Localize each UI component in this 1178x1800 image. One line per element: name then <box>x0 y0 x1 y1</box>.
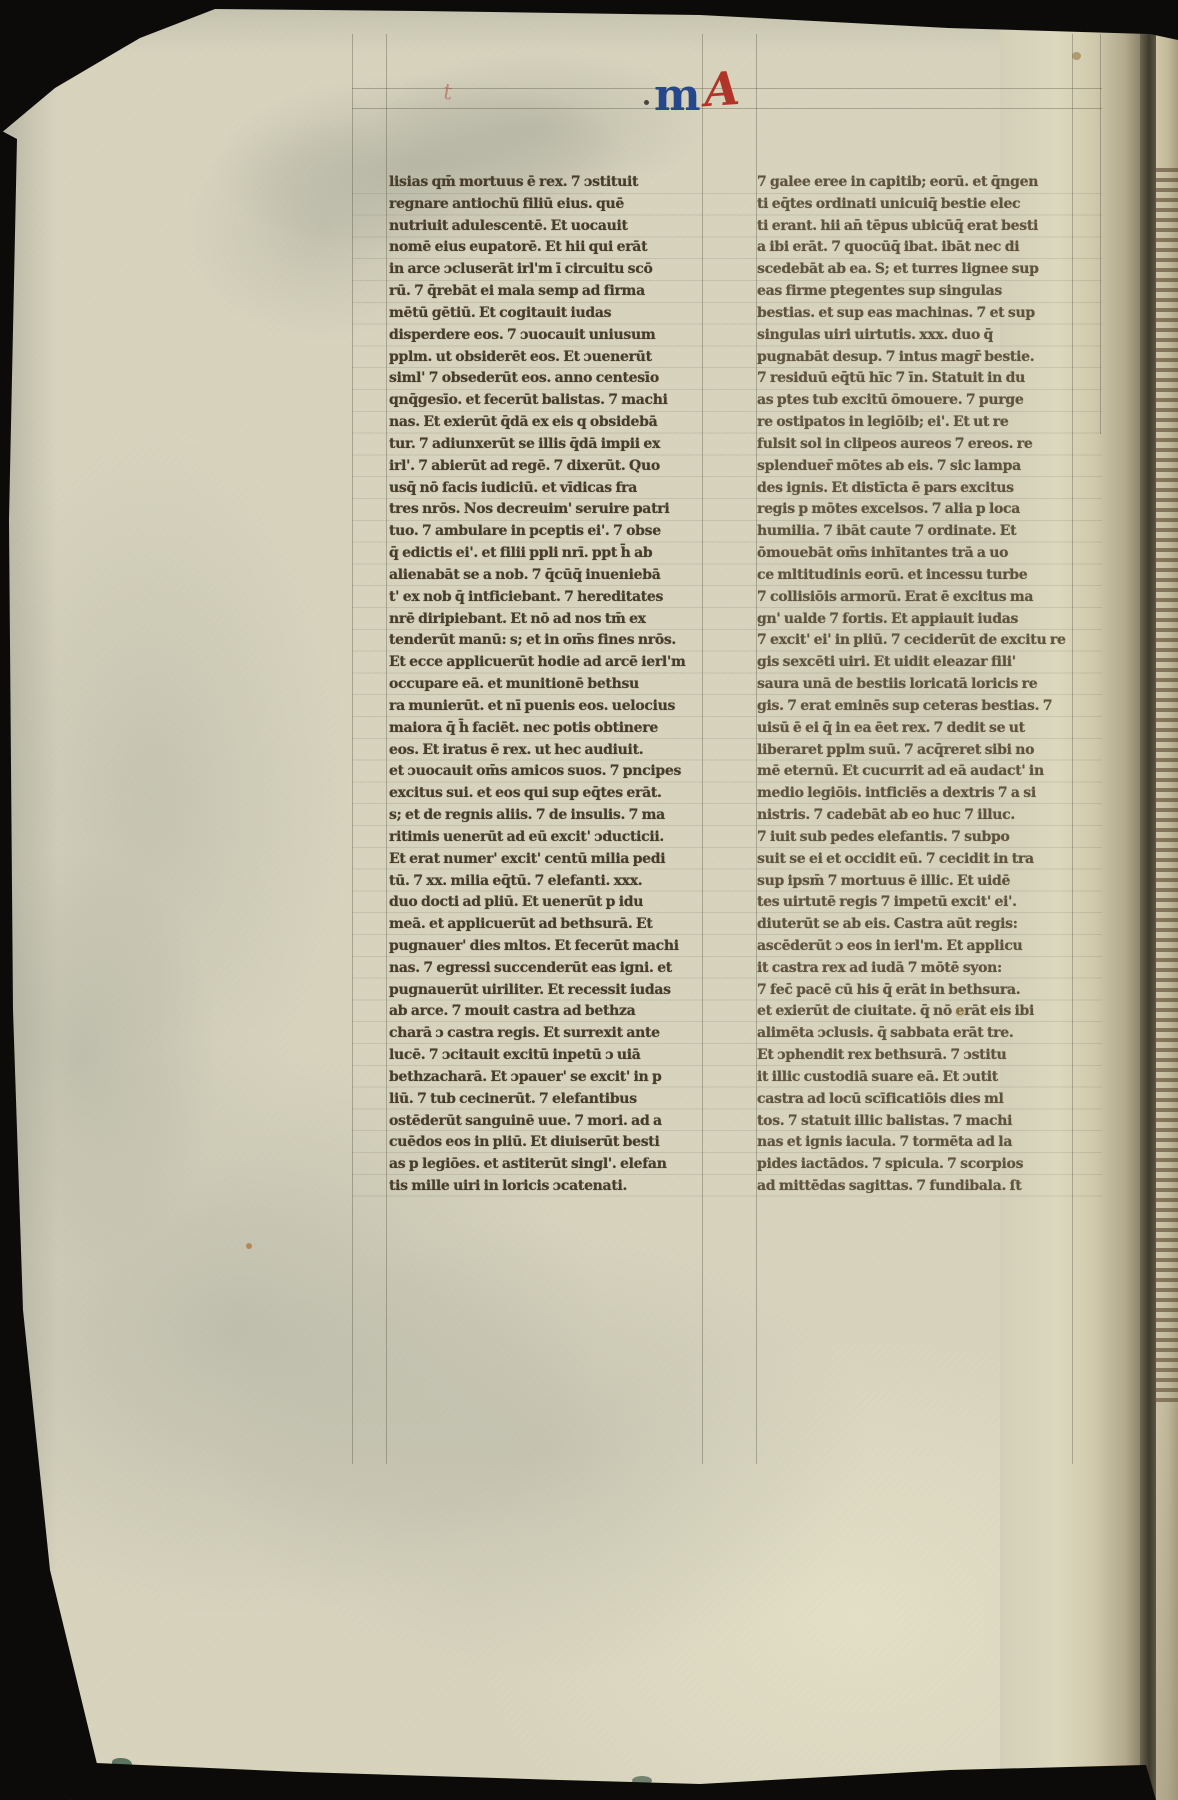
text-line: ascēderūt ɔ eos in ierl'm. Et applicu <box>757 936 1073 958</box>
text-line: saura unā de bestiis loricatā loricis re <box>757 674 1073 696</box>
text-line: maiora q̄ h̄ faciēt. nec potis obtinere <box>389 718 705 740</box>
brown-stain-spot <box>1072 52 1081 60</box>
text-line: tes uirtutē regis 7 impetū excit' ei'. <box>757 892 1073 914</box>
text-line: nas. Et exierūt q̄dā ex eis q obsidebā <box>389 412 705 434</box>
text-line: pugnauerūt uiriliter. Et recessit iudas <box>389 980 705 1002</box>
text-line: ce mltitudinis eorū. et incessu turbe <box>757 565 1073 587</box>
text-line: pplm. ut obsiderēt eos. Et ɔuenerūt <box>389 347 705 369</box>
text-line: lisias qm̄ mortuus ē rex. 7 ɔstituit <box>389 172 705 194</box>
facing-page-text-lines <box>1156 168 1178 1408</box>
facing-page-edge <box>1156 0 1178 1800</box>
text-line: alienabāt se a nob. 7 q̄cūq̄ inueniebā <box>389 565 705 587</box>
text-line: nomē eius eupatorē. Et hii qui erāt <box>389 237 705 259</box>
text-line: q̄ edictis ei'. et filii ppli nrī. ppt h… <box>389 543 705 565</box>
text-line: usq̄ nō facis iudiciū. et vīdicas fra <box>389 478 705 500</box>
text-line: et exierūt de ciuitate. q̄ nō erāt eis i… <box>757 1001 1073 1023</box>
text-line: 7 galee eree in capitib; eorū. et q̄ngen <box>757 172 1073 194</box>
text-line: cuēdos eos in pliū. Et diuiserūt besti <box>389 1132 705 1154</box>
text-line: gis. 7 erat eminēs sup ceteras bestias. … <box>757 696 1073 718</box>
text-line: gn' ualde 7 fortis. Et appiauit iudas <box>757 609 1073 631</box>
text-line: scedebāt ab ea. S; et turres lignee sup <box>757 259 1073 281</box>
text-line: ritimis uenerūt ad eū excit' ɔducticii. <box>389 827 705 849</box>
text-line: liberaret pplm suū. 7 acq̄reret sibi no <box>757 740 1073 762</box>
text-line: diuterūt se ab eis. Castra aūt regis: <box>757 914 1073 936</box>
text-line: 7 iuit sub pedes elefantis. 7 subpo <box>757 827 1073 849</box>
text-line: in arce ɔcluserāt irl'm ī circuitu scō <box>389 259 705 281</box>
text-line: regis p mōtes excelsos. 7 alia p loca <box>757 499 1073 521</box>
text-line: tenderūt manū: s; et in om̄s fines nrōs. <box>389 630 705 652</box>
text-line: nas. 7 egressi succenderūt eas igni. et <box>389 958 705 980</box>
text-line: as ptes tub excitū ōmouere. 7 purge <box>757 390 1073 412</box>
text-line: regnare antiochū filiū eius. quē <box>389 194 705 216</box>
text-line: qnq̄gesīo. et fecerūt balistas. 7 machi <box>389 390 705 412</box>
text-line: et ɔuocauit om̄s amicos suos. 7 pncipes <box>389 761 705 783</box>
text-line: duo docti ad pliū. Et uenerūt p idu <box>389 892 705 914</box>
text-line: t' ex nob q̄ intficiebant. 7 hereditates <box>389 587 705 609</box>
manuscript-photo: { "manuscript": { "folio_number": "97", … <box>0 0 1178 1800</box>
text-line: humilia. 7 ibāt caute 7 ordinate. Et <box>757 521 1073 543</box>
text-line: Et ecce applicuerūt hodie ad arcē ierl'm <box>389 652 705 674</box>
text-line: pides iactādos. 7 spicula. 7 scorpios <box>757 1154 1073 1176</box>
text-line: occupare eā. et munitionē bethsu <box>389 674 705 696</box>
text-line: pugnabāt desup. 7 intus magr̄ bestie. <box>757 347 1073 369</box>
text-line: eas firme ptegentes sup singulas <box>757 281 1073 303</box>
text-line: nas et ignis iacula. 7 tormēta ad la <box>757 1132 1073 1154</box>
text-line: tres nrōs. Nos decreuim' seruire patri <box>389 499 705 521</box>
text-line: ra munierūt. et nī puenis eos. uelocius <box>389 696 705 718</box>
text-line: suit se ei et occidit eū. 7 cecidit in t… <box>757 849 1073 871</box>
text-line: tis mille uiri in loricis ɔcatenati. <box>389 1176 705 1198</box>
text-line: rū. 7 q̄rebāt ei mala semp ad firma <box>389 281 705 303</box>
text-line: irl'. 7 abierūt ad regē. 7 dixerūt. Quo <box>389 456 705 478</box>
text-line: mētū gētiū. Et cogitauit iudas <box>389 303 705 325</box>
text-line: tur. 7 adiunxerūt se illis q̄dā impii ex <box>389 434 705 456</box>
text-line: ostēderūt sanguinē uue. 7 mori. ad a <box>389 1111 705 1133</box>
text-line: fulsit sol in clipeos aureos 7 ereos. re <box>757 434 1073 456</box>
text-line: ti eq̄tes ordinati unicuiq̄ bestie elec <box>757 194 1073 216</box>
text-line: splenduer̄ mōtes ab eis. 7 sic lampa <box>757 456 1073 478</box>
text-line: ab arce. 7 mouit castra ad bethza <box>389 1001 705 1023</box>
text-line: 7 excit' ei' in pliū. 7 ceciderūt de exc… <box>757 630 1073 652</box>
text-line: mē eternū. Et cucurrit ad eā audact' in <box>757 761 1073 783</box>
text-line: sup ipsm̄ 7 mortuus ē illic. Et uidē <box>757 871 1073 893</box>
text-line: singulas uiri uirtutis. xxx. duo q̄ <box>757 325 1073 347</box>
running-header-letter-a: A <box>702 65 741 113</box>
text-line: 7 fec̄ pacē cū his q̄ erāt in bethsura. <box>757 980 1073 1002</box>
yellow-stain-spot <box>955 1008 965 1017</box>
text-line: castra ad locū scīficatiōis dies ml <box>757 1089 1073 1111</box>
text-line: 7 collisiōis armorū. Erat ē excitus ma <box>757 587 1073 609</box>
text-line: uisū ē ei q̄ in ea ēet rex. 7 dedit se u… <box>757 718 1073 740</box>
text-line: bethzacharā. Et ɔpauer' se excit' in p <box>389 1067 705 1089</box>
text-line: it castra rex ad iudā 7 mōtē syon: <box>757 958 1073 980</box>
text-line: a ibi erāt. 7 quocūq̄ ibat. ibāt nec di <box>757 237 1073 259</box>
text-line: tū. 7 xx. milia eq̄tū. 7 elefanti. xxx. <box>389 871 705 893</box>
text-line: as p legiōes. et astiterūt singl'. elefa… <box>389 1154 705 1176</box>
text-line: Et erat numer' excit' centū milia pedi <box>389 849 705 871</box>
text-column-right: 7 galee eree in capitib; eorū. et q̄ngen… <box>757 172 1073 1198</box>
text-line: des ignis. Et distīcta ē pars excitus <box>757 478 1073 500</box>
text-line: ti erant. hii an̄ tēpus ubicūq̄ erat bes… <box>757 216 1073 238</box>
text-line: disperdere eos. 7 ɔuocauit uniusum <box>389 325 705 347</box>
text-line: alimēta ɔclusis. q̄ sabbata erāt tre. <box>757 1023 1073 1045</box>
text-line: lucē. 7 ɔcitauit excitū inpetū ɔ uiā <box>389 1045 705 1067</box>
text-line: gis sexcēti uiri. Et uidit eleazar fili' <box>757 652 1073 674</box>
text-line: ad mittēdas sagittas. 7 fundibala. ſt <box>757 1176 1073 1198</box>
text-line: liū. 7 tub cecinerūt. 7 elefantibus <box>389 1089 705 1111</box>
text-line: pugnauer' dies mltos. Et fecerūt machi <box>389 936 705 958</box>
text-line: tos. 7 statuit illic balistas. 7 machi <box>757 1111 1073 1133</box>
text-line: meā. et applicuerūt ad bethsurā. Et <box>389 914 705 936</box>
facing-page-shading <box>1156 1300 1178 1800</box>
text-line: Et ɔphendit rex bethsurā. 7 ɔstitu <box>757 1045 1073 1067</box>
text-line: it illic custodiā suare eā. Et ɔutit <box>757 1067 1073 1089</box>
text-line: siml' 7 obsederūt eos. anno centesīo <box>389 368 705 390</box>
text-line: s; et de regnis aliis. 7 de insulis. 7 m… <box>389 805 705 827</box>
text-line: nutriuit adulescentē. Et uocauit <box>389 216 705 238</box>
text-line: nrē diripiebant. Et nō ad nos tm̄ ex <box>389 609 705 631</box>
text-column-left: lisias qm̄ mortuus ē rex. 7 ɔstituitregn… <box>389 172 705 1198</box>
text-line: eos. Et iratus ē rex. ut hec audiuit. <box>389 740 705 762</box>
text-line: ōmouebāt om̄s inhītantes trā a uo <box>757 543 1073 565</box>
text-line: re ostipatos in legiōib; ei'. Et ut re <box>757 412 1073 434</box>
ink-dot <box>644 100 649 105</box>
text-line: nistris. 7 cadebāt ab eo huc 7 illuc. <box>757 805 1073 827</box>
orange-stain-spot <box>246 1243 252 1249</box>
text-line: charā ɔ castra regis. Et surrexit ante <box>389 1023 705 1045</box>
text-line: 7 residuū eq̄tū hīc 7 īn. Statuit in du <box>757 368 1073 390</box>
text-line: tuo. 7 ambulare in pceptis ei'. 7 obse <box>389 521 705 543</box>
text-line: excitus sui. et eos qui sup eq̄tes erāt. <box>389 783 705 805</box>
text-line: bestias. et sup eas machinas. 7 et sup <box>757 303 1073 325</box>
text-line: medio legiōis. intficiēs a dextris 7 a s… <box>757 783 1073 805</box>
running-header-letter-m: M <box>654 74 701 118</box>
